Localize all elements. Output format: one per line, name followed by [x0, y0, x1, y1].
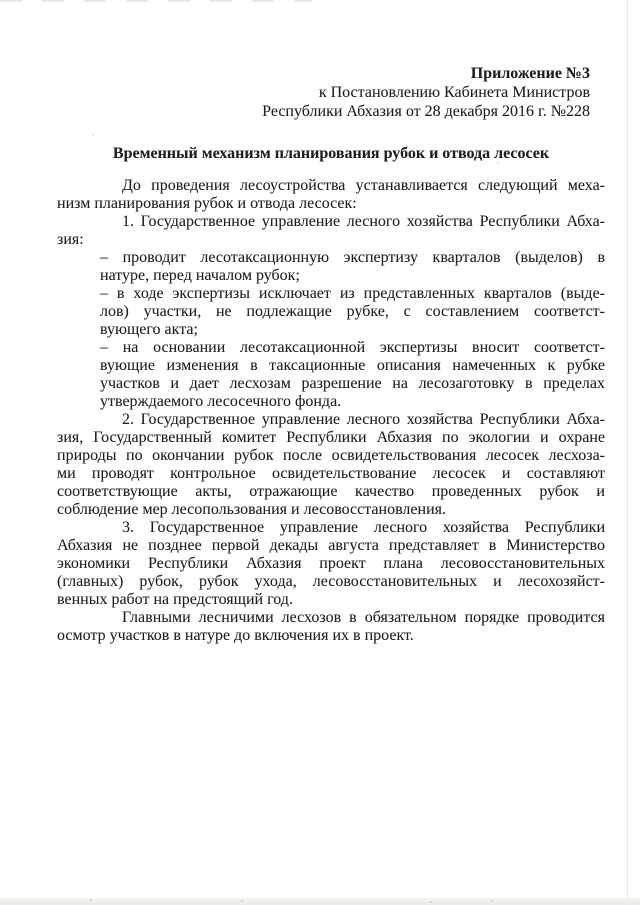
text-line: природы по окончании рубок после освидет… [57, 447, 605, 465]
text-line: ми проводят контрольное освидетельствова… [57, 465, 605, 483]
document-page: Приложение №3 к Постановлению Кабинета М… [0, 0, 640, 905]
text-line: Главными лесничими лесхозов в обязательн… [57, 609, 605, 627]
text-line: венных работ на предстоящий год. [57, 591, 605, 609]
text-line: соответствующие акты, отражающие качеств… [57, 483, 605, 501]
paragraph: – проводит лесотаксационную экспертизу к… [100, 249, 605, 285]
text-line: До проведения лесоустройства устанавлива… [57, 177, 605, 195]
paragraph: – в ходе экспертизы исключает из предста… [100, 285, 605, 339]
document-header: Приложение №3 к Постановлению Кабинета М… [0, 64, 590, 121]
scan-artifact-right-line [627, 0, 628, 905]
paragraph: 2. Государственное управление лесного хо… [57, 411, 605, 519]
paragraph: Главными лесничими лесхозов в обязательн… [57, 609, 605, 645]
text-line: 3. Государственное управление лесного хо… [57, 519, 605, 537]
scan-speck [491, 900, 493, 902]
document-paragraphs: До проведения лесоустройства устанавлива… [57, 177, 605, 645]
paragraph: – на основании лесотаксационной эксперти… [100, 339, 605, 411]
text-line: экономики Республики Абхазия проект план… [57, 555, 605, 573]
text-line: Абхазия не позднее первой декады августа… [57, 537, 605, 555]
text-line: натуре, перед началом рубок; [100, 267, 605, 285]
scan-speck [241, 900, 243, 902]
paragraph: 3. Государственное управление лесного хо… [57, 519, 605, 609]
scan-speck [92, 134, 94, 136]
appendix-number: Приложение №3 [0, 64, 590, 83]
header-line-resolution: к Постановлению Кабинета Министров [0, 83, 590, 102]
text-line: участков и дает лесхозам разрешение на л… [100, 375, 605, 393]
scan-speck [430, 901, 432, 903]
text-line: – проводит лесотаксационную экспертизу к… [100, 249, 605, 267]
scan-artifact-top-edge [0, 0, 312, 2]
scan-speck [588, 616, 591, 618]
text-line: вующего акта; [100, 321, 605, 339]
text-line: 2. Государственное управление лесного хо… [57, 411, 605, 429]
text-line: утверждаемого лесосечного фонда. [100, 393, 605, 411]
scan-speck [90, 899, 92, 901]
text-line: соблюдение мер лесопользования и лесовос… [57, 501, 605, 519]
text-line: низм планирования рубок и отвода лесосек… [57, 195, 605, 213]
header-line-republic-date: Республики Абхазия от 28 декабря 2016 г.… [0, 102, 590, 121]
text-line: 1. Государственное управление лесного хо… [57, 213, 605, 231]
text-line: зия: [57, 231, 605, 249]
scan-artifact-bottom-edge [0, 898, 640, 905]
paragraph: 1. Государственное управление лесного хо… [57, 213, 605, 249]
text-line: лов) участки, не подлежащие рубке, с сос… [100, 303, 605, 321]
text-line: (главных) рубок, рубок ухода, лесовосста… [57, 573, 605, 591]
scan-speck [497, 162, 499, 164]
text-line: вующие изменения в таксационные описания… [100, 357, 605, 375]
text-line: – в ходе экспертизы исключает из предста… [100, 285, 605, 303]
paragraph: До проведения лесоустройства устанавлива… [57, 177, 605, 213]
text-line: осмотр участков в натуре до включения их… [57, 627, 605, 645]
text-line: – на основании лесотаксационной эксперти… [100, 339, 605, 357]
text-line: зия, Государственный комитет Республики … [57, 429, 605, 447]
document-title: Временный механизм планирования рубок и … [57, 144, 605, 163]
